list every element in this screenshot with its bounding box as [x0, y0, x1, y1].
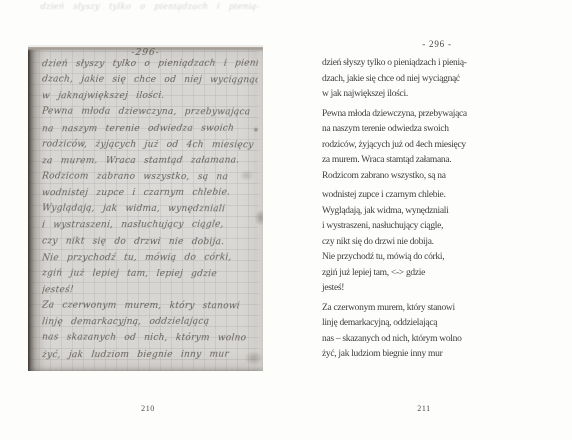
text-line: nas skazanych od nich, którym wolno [42, 330, 258, 347]
text-line: Nie przychodź tu, mówią do córki, [42, 249, 258, 266]
text-line: za murem. Wraca stamtąd załamana. [322, 153, 562, 169]
printed-text: dzień słyszy tylko o pieniądzach i pieni… [322, 56, 562, 363]
text-line: dzach, jakie się chce od niej wyciągnąć [322, 72, 562, 88]
right-page: - 296 - dzień słyszy tylko o pieniądzach… [286, 0, 572, 440]
text-line: Nie przychodź tu, mówią do córki, [322, 250, 562, 266]
text-line: żyć, jak ludziom biegnie inny mur [322, 347, 562, 363]
text-line: zgiń już lepiej tam, <-> gdzie [322, 266, 562, 282]
text-line: wodnistej zupce i czarnym chlebie. [322, 188, 562, 204]
text-line: w jaknajwiększej ilości. [42, 88, 258, 105]
text-line: Za czerwonym murem, który stanowi [42, 298, 258, 315]
manuscript-photo: -296- dzień słyszy tylko o pieniądzach i… [28, 45, 263, 371]
folio-header: - 296 - [322, 39, 552, 49]
text-line: na naszym terenie odwiedza swoich [42, 120, 258, 137]
text-line: wodnistej zupce i czarnym chlebie. [42, 185, 258, 202]
text-line: czy nikt się do drzwi nie dobija. [322, 235, 562, 251]
text-line: rodziców, żyjących już od 4ch miesięcy [42, 136, 258, 153]
text-line: Wyglądają, jak widma, wynędzniali [42, 201, 258, 218]
previous-scan-fragment: dzień słyszy tylko o pieniądzach i pieni… [39, 2, 259, 15]
text-line: na naszym terenie odwiedza swoich [322, 122, 562, 138]
text-line: linję demarkacyjną, oddzielającą [322, 316, 562, 332]
text-line: żyć, jak ludziom biegnie inny mur [42, 346, 258, 363]
text-line: Za czerwonym murem, który stanowi [322, 301, 562, 317]
text-line: za murem. Wraca stamtąd załamana. [42, 152, 258, 169]
text-line: Rodzicom zabrano wszystko, są na [42, 169, 258, 186]
text-line: i wystraszeni, nasłuchujący ciągle, [322, 219, 562, 235]
left-page: dzień słyszy tylko o pieniądzach i pieni… [0, 0, 286, 440]
text-line: dzień słyszy tylko o pieniądzach i pieni… [42, 56, 258, 73]
text-line: dzach, jakie się chce od niej wyciągnąć [42, 72, 258, 89]
text-line: Rodzicom zabrano wszystko, są na [322, 169, 562, 185]
text-line: dzień słyszy tylko o pieniądzach i pieni… [322, 56, 562, 72]
text-line: zgiń już lepiej tam, lepiej gdzie [42, 265, 258, 282]
text-line: w jak największej ilości. [322, 87, 562, 103]
text-line: i wystraszeni, nasłuchujący ciągle, [42, 217, 258, 234]
text-line: jesteś! [42, 282, 258, 299]
text-line: nas – skazanych od nich, którym wolno [322, 332, 562, 348]
text-line: Pewna młoda dziewczyna, przebywająca [322, 107, 562, 123]
manuscript-text: dzień słyszy tylko o pieniądzach i pieni… [42, 56, 258, 369]
text-line: jesteś! [322, 281, 562, 297]
left-page-number: 210 [30, 404, 266, 416]
text-line: Wyglądają, jak widma, wynędzniali [322, 204, 562, 220]
text-line: linję demarkacyjną, oddzielającą [42, 314, 258, 331]
text-line: czy nikt się do drzwi nie dobija. [42, 233, 258, 250]
text-line: Pewna młoda dziewczyna, przebywająca [42, 104, 258, 121]
right-page-number: 211 [306, 404, 542, 416]
text-line: rodziców, żyjących już od 4ech miesięcy [322, 138, 562, 154]
